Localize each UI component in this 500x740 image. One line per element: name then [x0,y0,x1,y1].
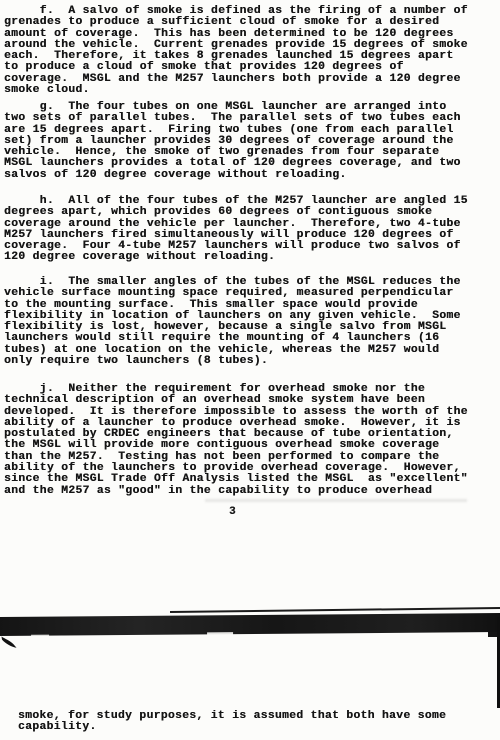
separator-bar [0,613,500,636]
paragraph-g: g. The four tubes on one MSGL launcher a… [4,102,461,181]
paragraph-f: f. A salvo of smoke is defined as the fi… [4,6,468,96]
bar-white-notch [31,635,49,637]
paragraph-i: i. The smaller angles of the tubes of th… [4,277,461,367]
page-number: 3 [229,506,236,518]
scanned-document-page: f. A salvo of smoke is defined as the fi… [0,0,500,740]
paragraph-h: h. All of the four tubes of the M257 lau… [4,196,468,264]
paragraph-j: j. Neither the requirement for overhead … [4,384,468,497]
footer-continuation-text: smoke, for study purposes, it is assumed… [18,711,446,734]
bar-white-notch [207,632,233,635]
pen-flick-mark-icon [1,636,19,652]
separator-bar-tail [170,607,500,613]
scan-smudge [205,499,467,502]
